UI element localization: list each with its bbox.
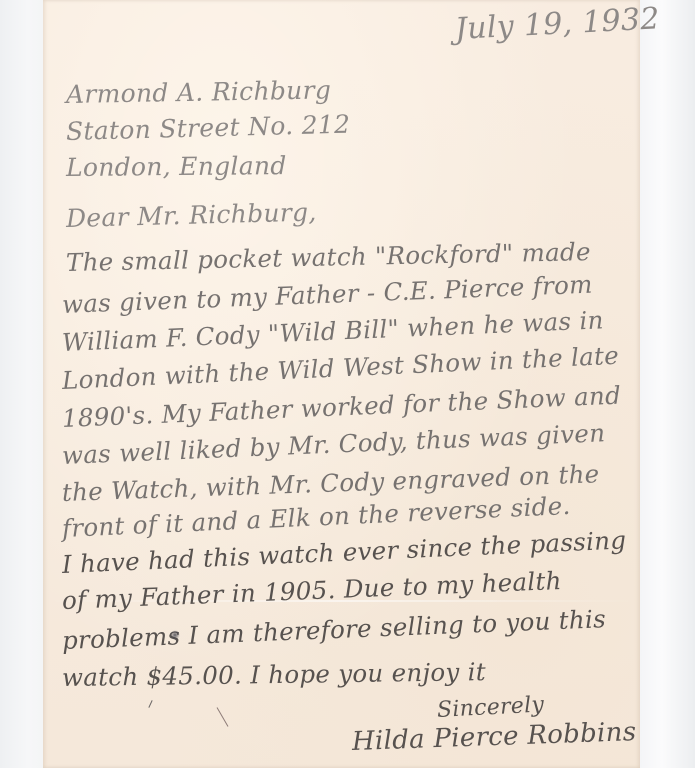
recipient-name: Armond A. Richburg [66, 75, 332, 109]
body-line: watch $45.00. I hope you enjoy it [62, 657, 486, 692]
ink-smudge [170, 630, 180, 640]
recipient-city: London, England [66, 151, 287, 182]
background-right [640, 0, 695, 768]
